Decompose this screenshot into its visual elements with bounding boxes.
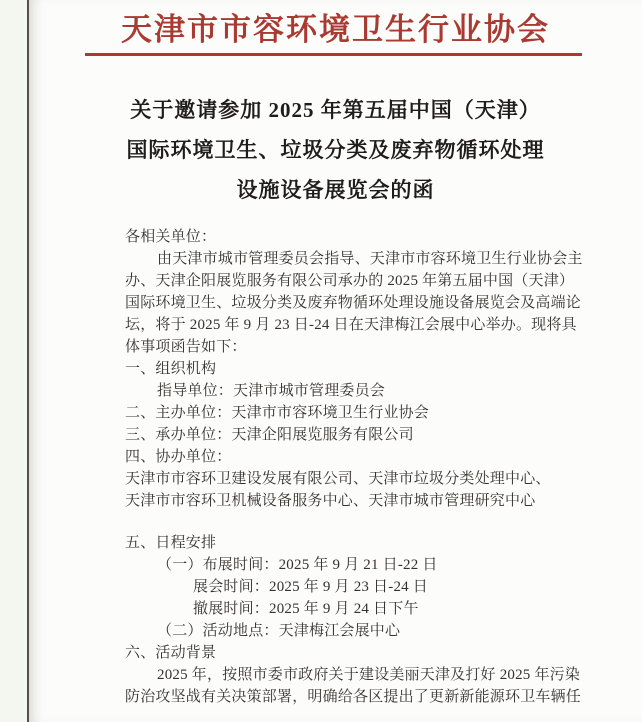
document-title: 关于邀请参加 2025 年第五届中国（天津） 国际环境卫生、垃圾分类及废弃物循环… bbox=[29, 90, 642, 210]
document-title-line: 关于邀请参加 2025 年第五届中国（天津） bbox=[29, 90, 642, 130]
document-line: 由天津市城市管理委员会指导、天津市市容环境卫生行业协会主 bbox=[125, 248, 585, 270]
document-line: 天津市市容环卫机械设备服务中心、天津市城市管理研究中心 bbox=[125, 490, 585, 512]
document-body: 各相关单位： 由天津市城市管理委员会指导、天津市市容环境卫生行业协会主 办、天津… bbox=[125, 226, 585, 708]
document-line: 一、组织机构 bbox=[125, 358, 585, 380]
document-line: 五、日程安排 bbox=[125, 532, 585, 554]
document-line: 防治攻坚战有关决策部署，明确给各区提出了更新新能源环卫车辆任 bbox=[125, 686, 585, 708]
document-line: 撤展时间：2025 年 9 月 24 日下午 bbox=[125, 598, 585, 620]
letterhead-rule bbox=[85, 53, 582, 56]
document-page: 天津市市容环境卫生行业协会 关于邀请参加 2025 年第五届中国（天津） 国际环… bbox=[27, 0, 642, 722]
document-line: 六、活动背景 bbox=[125, 642, 585, 664]
document-line: （二）活动地点：天津梅江会展中心 bbox=[125, 620, 585, 642]
document-line: 三、承办单位：天津企阳展览服务有限公司 bbox=[125, 424, 585, 446]
document-line: 展会时间：2025 年 9 月 23 日-24 日 bbox=[125, 576, 585, 598]
document-title-line: 设施设备展览会的函 bbox=[29, 170, 642, 210]
document-line: 四、协办单位： bbox=[125, 446, 585, 468]
document-line: 办、天津企阳展览服务有限公司承办的 2025 年第五届中国（天津） bbox=[125, 270, 585, 292]
document-line: 指导单位：天津市城市管理委员会 bbox=[125, 380, 585, 402]
document-title-line: 国际环境卫生、垃圾分类及废弃物循环处理 bbox=[29, 130, 642, 170]
document-line: 各相关单位： bbox=[125, 226, 585, 248]
document-line: 二、主办单位：天津市市容环境卫生行业协会 bbox=[125, 402, 585, 424]
document-line: 坛，将于 2025 年 9 月 23 日-24 日在天津梅江会展中心举办。现将具 bbox=[125, 314, 585, 336]
letterhead-organization: 天津市市容环境卫生行业协会 bbox=[29, 12, 642, 48]
document-line: （一）布展时间：2025 年 9 月 21 日-22 日 bbox=[125, 554, 585, 576]
scan-margin-strip bbox=[0, 0, 27, 722]
document-line: 体事项函告如下： bbox=[125, 336, 585, 358]
document-line: 2025 年，按照市委市政府关于建设美丽天津及打好 2025 年污染 bbox=[125, 664, 585, 686]
document-line: 天津市市容环卫建设发展有限公司、天津市垃圾分类处理中心、 bbox=[125, 468, 585, 490]
document-line: 国际环境卫生、垃圾分类及废弃物循环处理设施设备展览会及高端论 bbox=[125, 292, 585, 314]
